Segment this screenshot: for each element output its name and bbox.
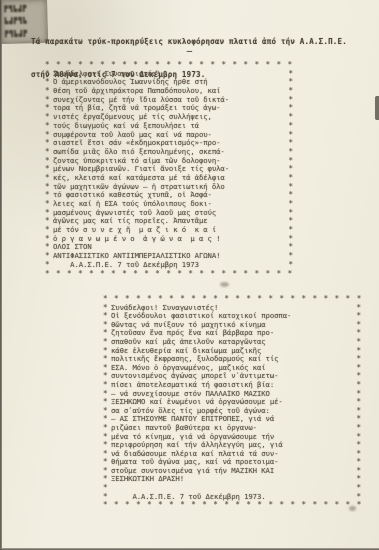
leaflet-line-text: σιαστεῖ ἔτσι σάν «ἐκδημοκρατισμός»-προ- [53, 139, 285, 148]
leaflet-line-text: λειες καί ἡ ΕΣΑ τούς ὑπόλοιπους δοκι- [53, 200, 285, 209]
leaflet-line-text: ἀγῶνες μας καί τίς πορεῖες. Ἀπαντᾶμε [53, 217, 285, 226]
leaflet-line: *ὀ ρ γ α ν ω μ έ ν ο ἀ γ ώ ν α μ α ς !* [45, 235, 293, 244]
leaflet-line-text: τορα τή βία, ζητᾶ νά τρομάξει τούς ἀγω- [53, 104, 285, 113]
leaflet-line: *νιστές ἐργαζόμενους μέ τίς συλλήψεις,* [45, 113, 293, 122]
leaflet-line: *τούς διωγμούς καί νά ξεπουλήσει τά* [45, 122, 293, 131]
leaflet-line: *λειες καί ἡ ΕΣΑ τούς ὑπόλοιπους δοκι-* [45, 200, 293, 209]
leaflet-line: *κάθε ἐλευθερία καί δικαίωμα μαζικῆς* [103, 347, 361, 356]
leaflet-line: *πίσει ἀποτελεσματικά τή φασιστική βία:* [103, 381, 361, 390]
leaflet-line-text: — ΑΣ ΣΤΗΣΟΥΜΕ ΠΑΝΤΟΥ ΕΠΙΤΡΟΠΕΣ, γιά νά [111, 415, 353, 424]
leaflet-line-text: συνεχίζοντας μέ τήν ἴδια λύσσα τοῦ δικτά… [53, 96, 285, 105]
scan-artifact-right [375, 96, 379, 120]
leaflet-line: *— νά συνεχίσουμε στόν ΠΑΛΛΑΪΚΟ ΜΑΖΙΚΟ* [103, 390, 361, 399]
leaflet-line-text: κάθε ἐλευθερία καί δικαίωμα μαζικῆς [111, 347, 353, 356]
leaflet-line: *κές, κλειστά καί κατάμεστα μέ τά ἀδέλφι… [45, 174, 293, 183]
asterisk-border-row: * * * * * * * * * * * * * * * * * * * * … [103, 501, 361, 510]
leaflet-line: *συμφέροντα τοῦ λαοῦ μας καί νά παρου-* [45, 131, 293, 140]
leaflet-line-text: ΞΕΣΗΚΩΜΟ καί ἑνωμένοι νά ὀργανώσουμε μέ- [111, 398, 353, 407]
leaflet-line: *τορα τή βία, ζητᾶ νά τρομάξει τούς ἀγω-… [45, 104, 293, 113]
leaflet-line-text: Α.Α.Σ.Π.Ε. 7 τοῦ Δεκέμβρη 1973 [53, 261, 285, 270]
leaflet-line-text: σα σ᾽αὐτόν ὅλες τίς μορφές τοῦ ἀγώνα: [111, 407, 353, 416]
scan-edge-left [0, 0, 2, 550]
leaflet-line: *θῶντας νά πνίξουν τό μαχητικό κίνημα* [103, 321, 361, 330]
leaflet-line: *ΞΕΣΗΚΩΤΙΚΗ ΔΡΑΣΗ!* [103, 475, 361, 484]
leaflet-line: *ΟΛΟΙ ΣΤΟΝ* [45, 243, 293, 252]
asterisk-border-row: * * * * * * * * * * * * * * * * * * * * … [45, 61, 293, 70]
leaflet-line-text: ΟΛΟΙ ΣΤΟΝ [53, 243, 285, 252]
leaflet-line-text: ΑΝΤΙΦΑΣΙΣΤΙΚΟ ΑΝΤΙΙΜΠΕΡΙΑΛΙΣΤΙΚΟ ΑΓΩΝΑ! [53, 252, 285, 261]
leaflet-line-text: ριζώσει παντοῦ βαθύτερα κι ὀργανω- [111, 424, 353, 433]
leaflet-line-text: νά διαδώσουμε πλέρια καί πλατιά τά συν- [111, 450, 353, 459]
leaflet-line: *ἀγῶνες μας καί τίς πορεῖες. Ἀπαντᾶμε* [45, 217, 293, 226]
leaflet-line: *πολιτικῆς ἔκφρασης, ξυλοδαρμούς καί τίς… [103, 355, 361, 364]
leaflet-line-text: πολιτικῆς ἔκφρασης, ξυλοδαρμούς καί τίς [111, 355, 353, 364]
leaflet-line: *περιφρούρηση καί τήν ἀλληλεγγύη μας, γι… [103, 441, 361, 450]
leaflet-line-text: τό φασιστικό καθεστώς χτυπᾶ, οἱ Ἀσφά- [53, 191, 285, 200]
leaflet-line: *θήματα τοῦ ἀγώνα μας, καί νά προετοιμα-… [103, 458, 361, 467]
leaflet-line: *ΕΣΑ. Μόνο ὁ ὀργανωμένος, μαζικός καί* [103, 364, 361, 373]
leaflet-line-text: θῶντας νά πνίξουν τό μαχητικό κίνημα [111, 321, 353, 330]
asterisk-border-left: * [45, 261, 53, 270]
separator-dash: — [0, 47, 379, 57]
leaflet-line-text: ζητοῦσαν ἕνα πρός ἕνα καί βάρβαρα προ- [111, 329, 353, 338]
leaflet-line: *σωπίδα μιᾶς ὅλο πιό ξεπουλημένης, σκεπά… [45, 148, 293, 157]
leaflet-line: *σιαστεῖ ἔτσι σάν «ἐκδημοκρατισμός»-προ-… [45, 139, 293, 148]
scan-smudge [220, 282, 229, 287]
leaflet-line-text: μένων Νοεμβριανῶν. Γιατί ἄνοιξε τίς φυλα… [53, 165, 285, 174]
leaflet-line: * Α.Α.Σ.Π.Ε. 7 τοῦ Δεκέμβρη 1973* [45, 261, 293, 270]
leaflet-line-text: θήματα τοῦ ἀγώνα μας, καί νά προετοιμα- [111, 458, 353, 467]
leaflet-line: *Οἱ ξενόδουλοι φασιστικοί κατοχικοί προσ… [103, 312, 361, 321]
leaflet-line: *Συνάδελφοι! Συναγωνιστές!* [103, 304, 361, 313]
leaflet-line: *ΞΕΣΗΚΩΜΟ καί ἑνωμένοι νά ὀργανώσουμε μέ… [103, 398, 361, 407]
leaflet-line: *συνεχίζοντας μέ τήν ἴδια λύσσα τοῦ δικτ… [45, 96, 293, 105]
leaflet-line: *ΑΝΤΙΦΑΣΙΣΤΙΚΟ ΑΝΤΙΙΜΠΕΡΙΑΛΙΣΤΙΚΟ ΑΓΩΝΑ!… [45, 252, 293, 261]
leaflet-box-2: * * * * * * * * * * * * * * * * * * * * … [103, 295, 361, 510]
leaflet-line: *μένα τό κίνημα, γιά νά ὀργανώσουμε τήν* [103, 433, 361, 442]
asterisk-border-row: * * * * * * * * * * * * * * * * * * * * … [45, 270, 293, 279]
leaflet-line-text: κές, κλειστά καί κατάμεστα μέ τά ἀδέλφια [53, 174, 285, 183]
leaflet-line-text [111, 484, 353, 493]
leaflet-box-1: * * * * * * * * * * * * * * * * * * * * … [45, 61, 293, 280]
leaflet-line-text: συντονισμένος ἀγώνας μπορεῖ ν᾽ἀντιμετω- [111, 372, 353, 381]
intro-line-1: Τά παρακάτω τρύκ-προκηρύξεις κυκλοφόρησα… [31, 36, 351, 47]
leaflet-line-text: τούς διωγμούς καί νά ξεπουλήσει τά [53, 122, 285, 131]
asterisk-border-right: * [353, 493, 361, 502]
leaflet-line-text: συμφέροντα τοῦ λαοῦ μας καί νά παρου- [53, 131, 285, 140]
leaflet-line: *Συνάδελφοι! Συναγωνιστές!* [45, 70, 293, 79]
leaflet-line-text: ζοντας ὑποκριτικά τό αἷμα τῶν δολοφονη- [53, 157, 285, 166]
asterisk-border-right: * [285, 261, 293, 270]
scanned-leaflet-page: ▛▜▙▟▛ ▙▟▛▜▙ ▛▜▙▟▛ Τά παρακάτω τρύκ-προκη… [0, 0, 379, 550]
leaflet-line-text: στοῦμε συντονισμένα γιά τήν ΜΑΖΙΚΗ ΚΑΙ [111, 467, 353, 476]
leaflet-line-text: θέση τοῦ ἀρχιπράκτορα Παπαδόπουλου, καί [53, 87, 285, 96]
leaflet-line: *μασμένους ἀγωνιστές τοῦ λαοῦ μας στούς* [45, 209, 293, 218]
asterisk-border-row: * * * * * * * * * * * * * * * * * * * * … [103, 295, 361, 304]
leaflet-line: *μένων Νοεμβριανῶν. Γιατί ἄνοιξε τίς φυλ… [45, 165, 293, 174]
leaflet-line-text: Ὁ ἀμερικανόδουλος Ἰωαννίδης ἦρθε στή [53, 78, 285, 87]
leaflet-line: *στοῦμε συντονισμένα γιά τήν ΜΑΖΙΚΗ ΚΑΙ* [103, 467, 361, 476]
leaflet-line: *τῶν μαχητικῶν ἀγώνων — ἡ στρατιωτική ὅλ… [45, 183, 293, 192]
leaflet-line: ** [103, 484, 361, 493]
leaflet-line: *τό φασιστικό καθεστώς χτυπᾶ, οἱ Ἀσφά-* [45, 191, 293, 200]
leaflet-line-text: — νά συνεχίσουμε στόν ΠΑΛΛΑΪΚΟ ΜΑΖΙΚΟ [111, 390, 353, 399]
leaflet-line-text: Οἱ ξενόδουλοι φασιστικοί κατοχικοί προσπ… [111, 312, 353, 321]
leaflet-line: *ζητοῦσαν ἕνα πρός ἕνα καί βάρβαρα προ-* [103, 329, 361, 338]
leaflet-line: *— ΑΣ ΣΤΗΣΟΥΜΕ ΠΑΝΤΟΥ ΕΠΙΤΡΟΠΕΣ, γιά νά* [103, 415, 361, 424]
leaflet-line-text: ΕΣΑ. Μόνο ὁ ὀργανωμένος, μαζικός καί [111, 364, 353, 373]
leaflet-line: *σα σ᾽αὐτόν ὅλες τίς μορφές τοῦ ἀγώνα:* [103, 407, 361, 416]
leaflet-line-text: νιστές ἐργαζόμενους μέ τίς συλλήψεις, [53, 113, 285, 122]
leaflet-line: *νά διαδώσουμε πλέρια καί πλατιά τά συν-… [103, 450, 361, 459]
leaflet-line-text: μέ τόν σ υ ν ε χ ῆ μ α ζ ι κ ό κ α ί [53, 226, 285, 235]
leaflet-line-text: τῶν μαχητικῶν ἀγώνων — ἡ στρατιωτική ὅλο [53, 183, 285, 192]
leaflet-line: *θέση τοῦ ἀρχιπράκτορα Παπαδόπουλου, καί… [45, 87, 293, 96]
leaflet-line: *συντονισμένος ἀγώνας μπορεῖ ν᾽ἀντιμετω-… [103, 372, 361, 381]
asterisk-border-left: * [103, 493, 111, 502]
leaflet-line-text: μένα τό κίνημα, γιά νά ὀργανώσουμε τήν [111, 433, 353, 442]
leaflet-line-text: ὀ ρ γ α ν ω μ έ ν ο ἀ γ ώ ν α μ α ς ! [53, 235, 285, 244]
leaflet-line-text: περιφρούρηση καί τήν ἀλληλεγγύη μας, γιά [111, 441, 353, 450]
leaflet-line: *ριζώσει παντοῦ βαθύτερα κι ὀργανω-* [103, 424, 361, 433]
leaflet-line-text: ΞΕΣΗΚΩΤΙΚΗ ΔΡΑΣΗ! [111, 475, 353, 484]
leaflet-line-text: Συνάδελφοι! Συναγωνιστές! [53, 70, 285, 79]
leaflet-line-text: πίσει ἀποτελεσματικά τή φασιστική βία: [111, 381, 353, 390]
leaflet-line: *Ὁ ἀμερικανόδουλος Ἰωαννίδης ἦρθε στή* [45, 78, 293, 87]
leaflet-line-text: Α.Α.Σ.Π.Ε. 7 τοῦ Δεκέμβρη 1973. [111, 493, 353, 502]
leaflet-line: *μέ τόν σ υ ν ε χ ῆ μ α ζ ι κ ό κ α ί* [45, 226, 293, 235]
scan-smudge [349, 506, 356, 511]
leaflet-line-text: Συνάδελφοι! Συναγωνιστές! [111, 304, 353, 313]
leaflet-line: * Α.Α.Σ.Π.Ε. 7 τοῦ Δεκέμβρη 1973.* [103, 493, 361, 502]
stamp-mark-row: ▛▜▙▟▛ [4, 5, 43, 13]
leaflet-line-text: σωπίδα μιᾶς ὅλο πιό ξεπουλημένης, σκεπά- [53, 148, 285, 157]
leaflet-line-text: μασμένους ἀγωνιστές τοῦ λαοῦ μας στούς [53, 209, 285, 218]
leaflet-line: *σπαθοῦν καί μᾶς ἀπειλοῦν καταργῶντας* [103, 338, 361, 347]
leaflet-line: *ζοντας ὑποκριτικά τό αἷμα τῶν δολοφονη-… [45, 157, 293, 166]
leaflet-line-text: σπαθοῦν καί μᾶς ἀπειλοῦν καταργῶντας [111, 338, 353, 347]
